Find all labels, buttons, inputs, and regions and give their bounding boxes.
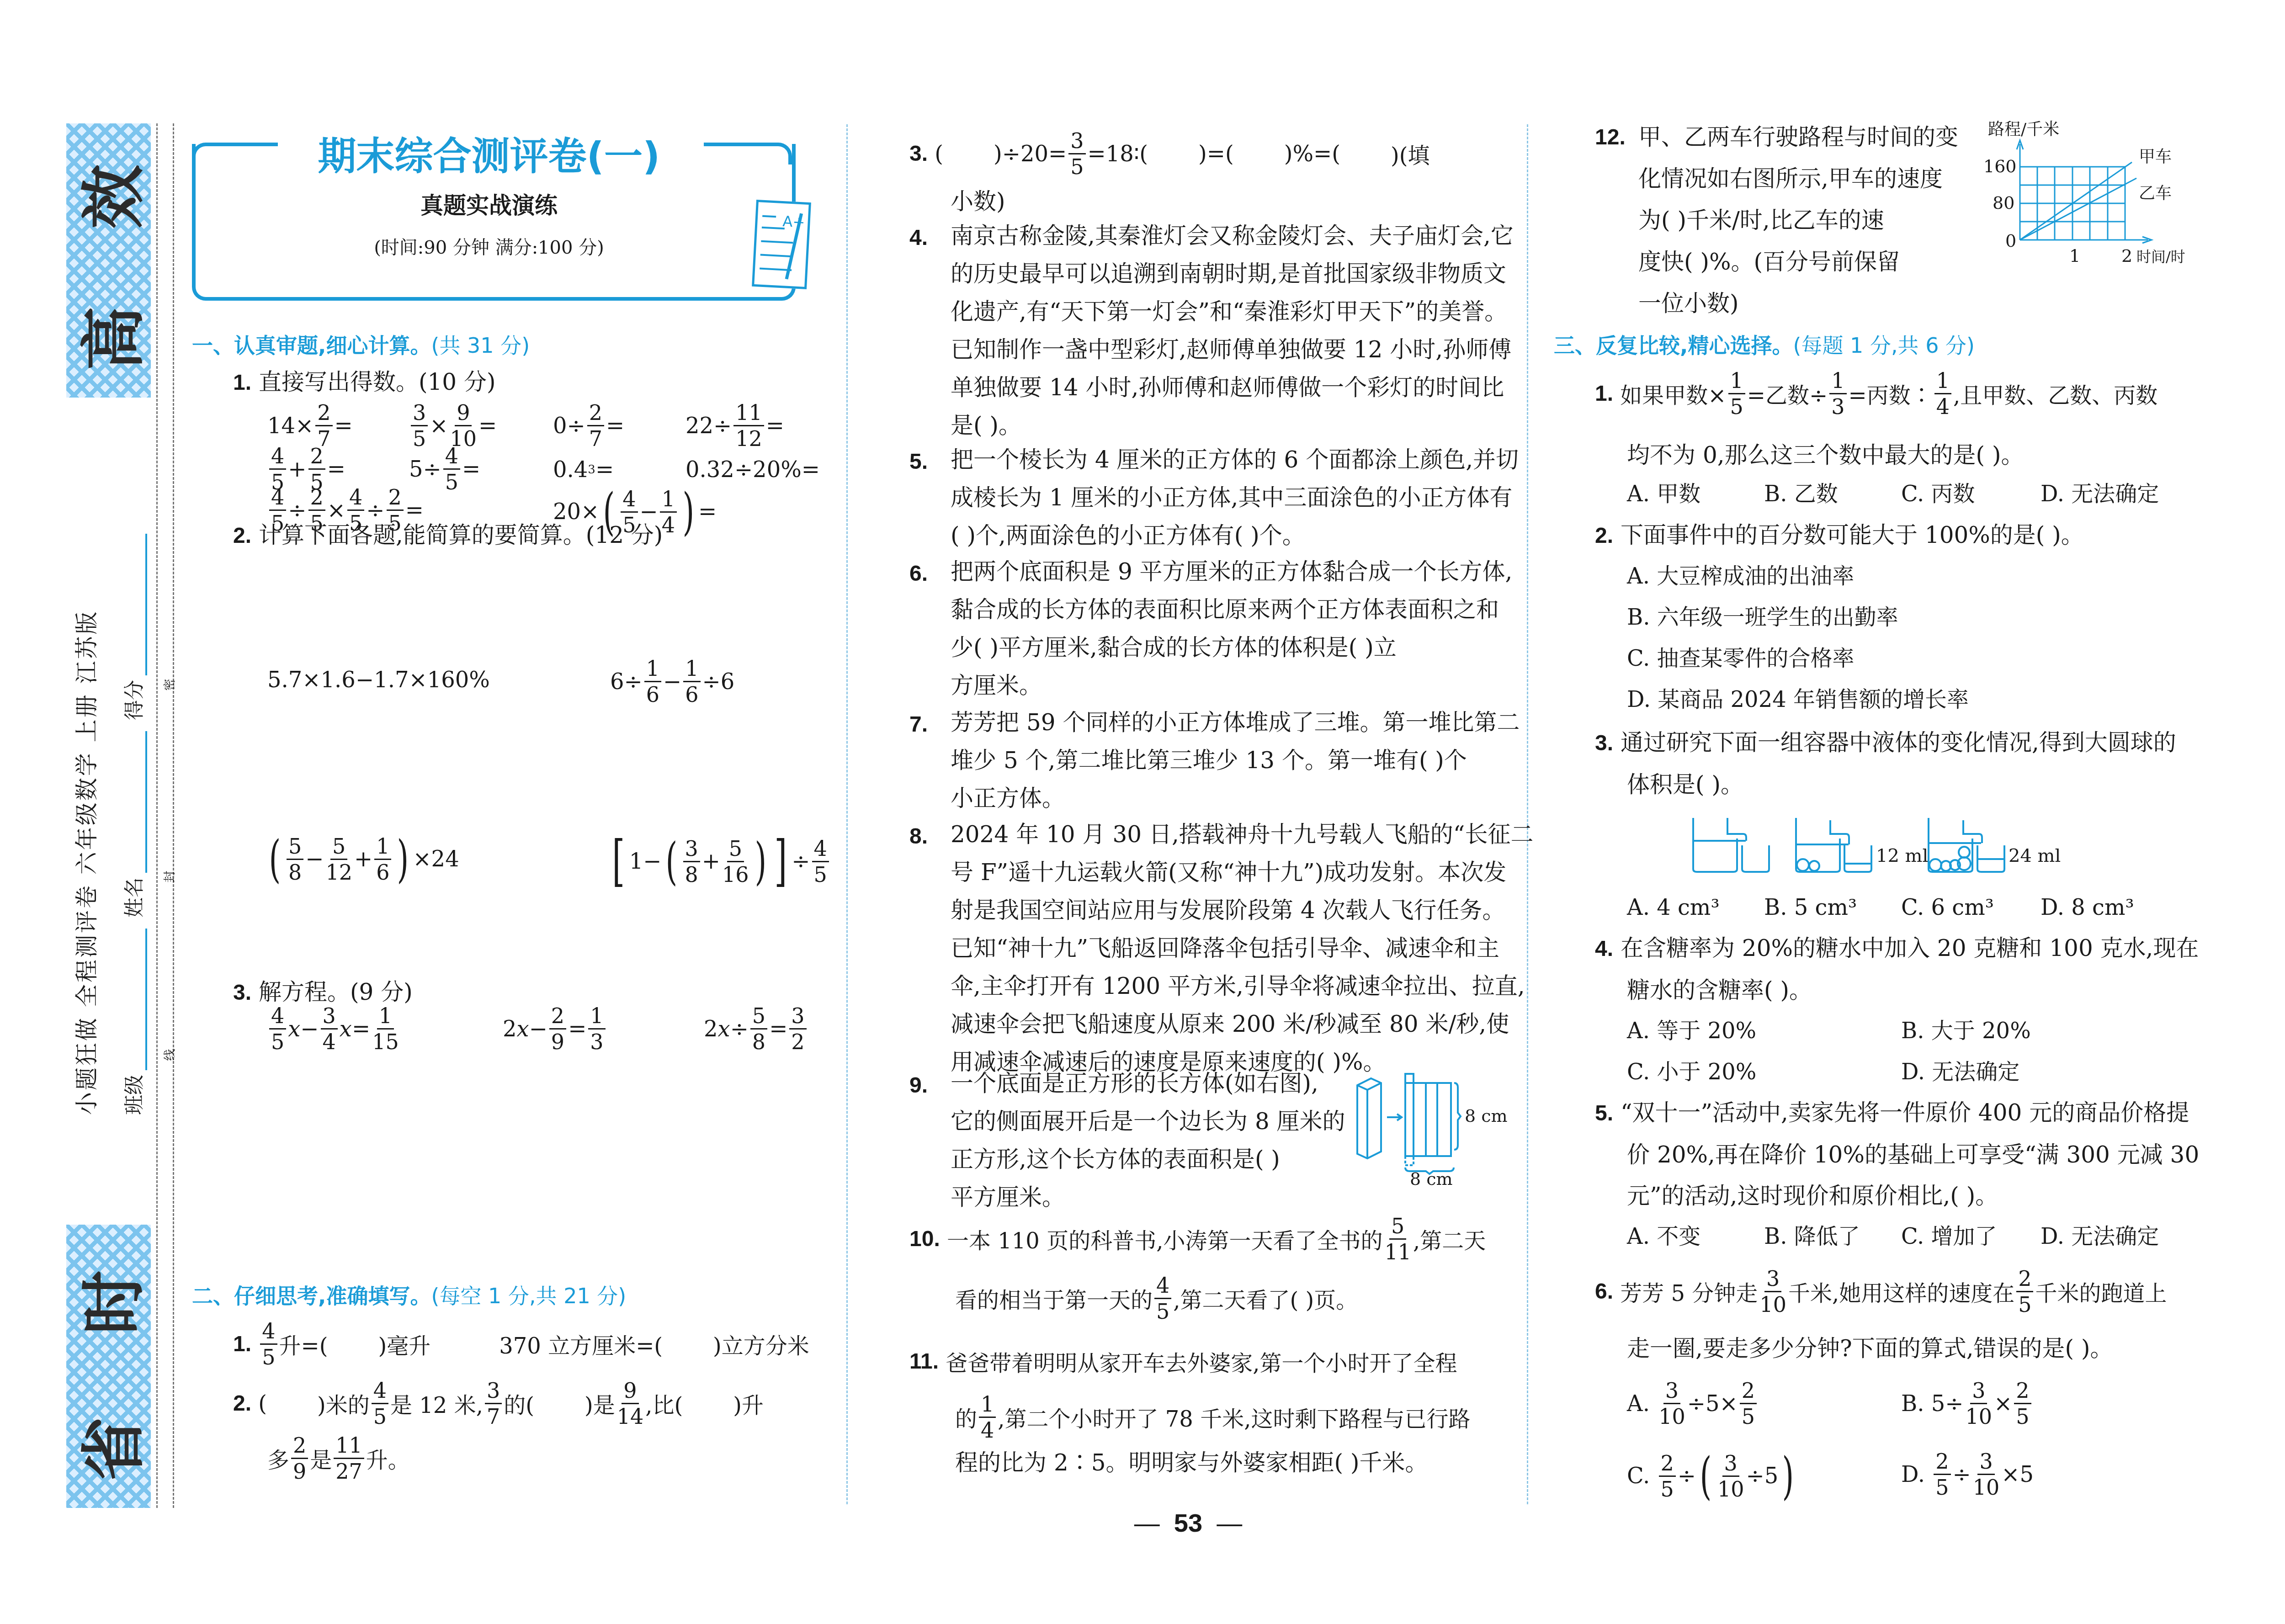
tab-char: 效 — [63, 154, 154, 239]
calc-item: [1−(38+516)]÷45 — [608, 834, 831, 889]
option-c[interactable]: C. 25÷(310÷5) — [1627, 1451, 1798, 1501]
option-c[interactable]: C. 小于 20% — [1627, 1051, 1756, 1093]
cut-mark: 封 — [160, 870, 177, 882]
s2-q10: 10. 一本 110 页的科普书,小涛第一天看了全书的511,第二天 — [909, 1215, 1486, 1263]
name-input-line[interactable] — [145, 731, 147, 873]
option-a[interactable]: A. 等于 20% — [1627, 1010, 1756, 1052]
grade-paper-icon: A+ — [752, 200, 811, 289]
series-line: 小题狂做 全程测评卷 六年级数学 上册 江苏版 — [69, 610, 101, 1115]
s3-q3: 3. 通过研究下面一组容器中液体的变化情况,得到大圆球的 体积是( )。 — [1595, 722, 2176, 805]
option-a[interactable]: A. 甲数 — [1627, 473, 1700, 515]
s3-q4: 4. 在含糖率为 20%的糖水中加入 20 克糖和 100 克水,现在 糖水的含… — [1595, 928, 2199, 1011]
svg-text:160: 160 — [1983, 156, 2017, 176]
s3-q6-cont: 走一圈,要走多少分钟?下面的算式,错误的是( )。 — [1627, 1327, 2113, 1369]
calc-item: 5÷45= — [409, 446, 480, 493]
svg-text:乙车: 乙车 — [2139, 184, 2172, 203]
class-input-line[interactable] — [145, 929, 147, 1070]
s2-q2: 2. ()米的 45是 12 米,37的()是 914,比()升 — [233, 1380, 764, 1427]
fig-label-bottom: 8 cm — [1410, 1169, 1453, 1189]
section2-heading: 二、仔细思考,准确填写。(每空 1 分,共 21 分) — [192, 1279, 626, 1310]
calc-item: 6÷16−16÷6 — [610, 658, 734, 705]
cuboid-net-figure: 8 cm 8 cm — [1353, 1065, 1517, 1184]
option-b[interactable]: B. 降低了 — [1764, 1215, 1860, 1258]
calc-item: 5.7×1.6−1.7×160% — [267, 667, 490, 693]
option-b[interactable]: B. 大于 20% — [1901, 1010, 2031, 1052]
option-c[interactable]: C. 抽查某零件的合格率 — [1627, 637, 1855, 679]
svg-text:时间/时: 时间/时 — [2136, 248, 2185, 265]
s2-q2-cont: 多29是1127升。 — [267, 1435, 410, 1482]
s1-q1: 1. 直接写出得数。(10 分) — [233, 361, 495, 404]
svg-text:甲车: 甲车 — [2139, 148, 2172, 166]
title-box-top-right — [704, 143, 792, 165]
s3-q5: 5. “双十一”活动中,卖家先将一件原价 400 元的商品价格提 价 20%,再… — [1595, 1092, 2199, 1216]
column-divider — [846, 124, 848, 1504]
calc-item: (58−512+16)×24 — [265, 834, 459, 884]
calc-item: 0÷27= — [553, 402, 624, 449]
s3-q1: 1. 如果甲数×15=乙数÷13=丙数∶14,且甲数、乙数、丙数 — [1595, 370, 2157, 417]
calc-item: 0.32÷20%= — [685, 457, 820, 483]
calc-item: 0.43= — [553, 457, 614, 483]
option-b[interactable]: B. 乙数 — [1764, 473, 1838, 515]
equation-item: 2x−29=13 — [503, 1005, 607, 1052]
option-a[interactable]: A. 310÷5×25 — [1627, 1380, 1759, 1427]
exam-meta: (时间:90 分钟 满分:100 分) — [276, 233, 701, 259]
tab-char: 时 — [63, 1260, 154, 1345]
option-d[interactable]: D. 8 cm³ — [2041, 886, 2134, 929]
containers-figure: 12 ml 24 ml — [1691, 818, 2066, 877]
calc-item: 14×27= — [267, 402, 353, 449]
s3-q6: 6. 芳芳 5 分钟走310千米,她用这样的速度在25千米的跑道上 — [1595, 1268, 2167, 1315]
binding-dashed-line — [156, 123, 158, 1508]
svg-text:80: 80 — [1993, 193, 2014, 213]
option-d[interactable]: D. 无法确定 — [2041, 473, 2159, 515]
option-b[interactable]: B. 六年级一班学生的出勤率 — [1627, 596, 1898, 638]
s1-q2: 2. 计算下面各题,能简算的要简算。(12 分) — [233, 514, 663, 557]
option-a[interactable]: A. 大豆榨成油的出油率 — [1627, 555, 1854, 597]
tab-char: 省 — [63, 1406, 154, 1491]
s3-q1-cont: 均不为 0,那么这三个数中最大的是( )。 — [1627, 434, 2024, 476]
fig-label-12ml: 12 ml — [1876, 845, 1928, 866]
svg-text:A+: A+ — [782, 212, 806, 231]
fig-label-side: 8 cm — [1465, 1106, 1508, 1126]
name-label: 姓名 — [123, 877, 146, 918]
option-a[interactable]: A. 4 cm³ — [1627, 886, 1720, 929]
option-d[interactable]: D. 无法确定 — [2041, 1215, 2159, 1258]
option-c[interactable]: C. 增加了 — [1901, 1215, 1997, 1258]
column-divider — [1527, 124, 1528, 1504]
section1-heading: 一、认真审题,细心计算。(共 31 分) — [192, 329, 530, 359]
score-input-line[interactable] — [145, 534, 147, 675]
svg-text:2: 2 — [2121, 246, 2132, 266]
s2-q11-cont2: 程的比为 2∶5。明明家与外婆家相距( )千米。 — [955, 1442, 1428, 1484]
s2-q3: 3. ()÷20= 35=18∶()=()%=()(填 — [909, 130, 1430, 177]
side-tab-top: 效 高 — [66, 123, 151, 398]
s2-q11: 11. 爸爸带着明明从家开车去外婆家,第一个小时开了全程 — [909, 1346, 1457, 1377]
s2-q10-cont: 看的相当于第一天的45,第二天看了( )页。 — [955, 1275, 1358, 1322]
calc-item: 35×910= — [409, 402, 497, 449]
svg-text:0: 0 — [2005, 231, 2016, 251]
distance-time-chart: 路程/千米 160 80 0 1 2 时间/时 甲车 乙车 — [1974, 117, 2230, 272]
equation-item: 2x÷58=32 — [704, 1005, 808, 1052]
option-c[interactable]: C. 丙数 — [1901, 473, 1975, 515]
tab-char: 高 — [63, 296, 154, 381]
option-d[interactable]: D. 25÷310×5 — [1901, 1451, 2034, 1498]
class-label: 班级 — [123, 1075, 146, 1115]
cut-mark: 线 — [160, 1049, 177, 1061]
s2-q1: 1. 45升=()毫升 370 立方厘米=()立方分米 — [233, 1321, 809, 1368]
page-title: 期末综合测评卷(一) — [276, 126, 701, 181]
title-box-top-left — [192, 143, 278, 165]
page-subtitle: 真题实战演练 — [276, 187, 701, 220]
cut-mark: 密 — [160, 679, 177, 690]
calc-item: 22÷1112= — [685, 402, 784, 449]
option-d[interactable]: D. 无法确定 — [1901, 1051, 2019, 1093]
page-number: — 53 — — [1115, 1508, 1261, 1538]
section3-heading: 三、反复比较,精心选择。(每题 1 分,共 6 分) — [1554, 329, 1975, 359]
option-a[interactable]: A. 不变 — [1627, 1215, 1700, 1258]
option-b[interactable]: B. 5 cm³ — [1764, 886, 1857, 929]
score-label: 得分 — [123, 680, 146, 720]
s2-q11-cont: 的14,第二个小时开了 78 千米,这时剩下路程与已行路 — [955, 1394, 1470, 1441]
binding-dashed-line — [173, 123, 174, 1508]
fig-label-24ml: 24 ml — [2009, 845, 2061, 866]
s3-q2: 2. 下面事件中的百分数可能大于 100%的是( )。 — [1595, 514, 2084, 557]
svg-text:1: 1 — [2069, 246, 2080, 266]
side-tab-bottom: 时 省 — [66, 1225, 151, 1508]
option-d[interactable]: D. 某商品 2024 年销售额的增长率 — [1627, 679, 1969, 721]
class-field: 班级 姓名 得分 — [118, 529, 147, 1115]
option-b[interactable]: B. 5÷310×25 — [1901, 1380, 2033, 1427]
s2-q3-cont: 小数) — [951, 180, 1005, 223]
option-c[interactable]: C. 6 cm³ — [1901, 886, 1994, 929]
equation-item: 45x−34x=115 — [267, 1005, 401, 1052]
